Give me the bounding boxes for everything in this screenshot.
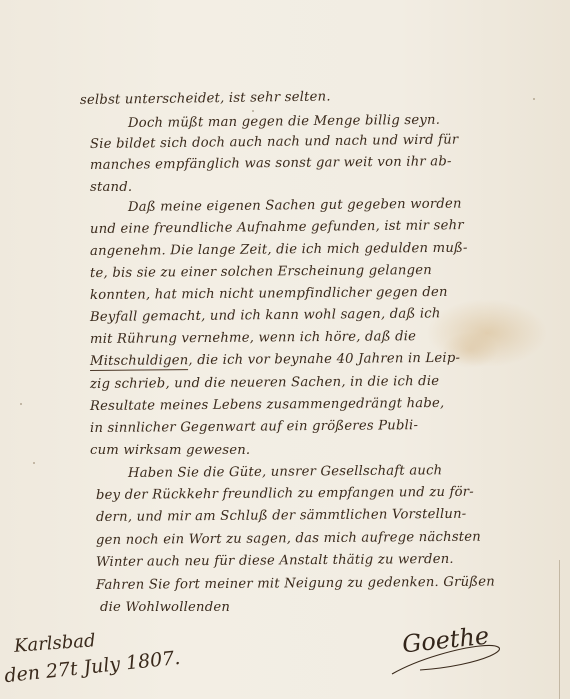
letter-line: die Wohlwollenden (100, 600, 230, 615)
letter-line: Resultate meines Lebens zusammengedrängt… (90, 396, 444, 414)
paper-speck (252, 110, 254, 112)
signature: Goethe (380, 618, 530, 678)
letter-line: Haben Sie die Güte, unsrer Gesellschaft … (128, 463, 442, 481)
letter-line: mit Rührung vernehme, wenn ich höre, daß… (90, 329, 416, 347)
letter-line: dern, und mir am Schluß der sämmtlichen … (96, 507, 467, 525)
paper-speck (533, 98, 535, 100)
paper-edge-crease (559, 560, 560, 699)
letter-line-rest: , die ich vor beynahe 40 Jahren in Leip- (188, 351, 460, 368)
letter-line: stand. (90, 180, 132, 195)
letter-line: zig schrieb, und die neueren Sachen, in … (90, 374, 439, 392)
letter-line: konnten, hat mich nicht unempfindlicher … (90, 285, 448, 303)
letter-line: te, bis sie zu einer solchen Erscheinung… (90, 263, 432, 281)
letter-line: Winter auch neu für diese Anstalt thätig… (96, 552, 454, 570)
letter-line: Mitschuldigen, die ich vor beynahe 40 Ja… (90, 351, 460, 369)
paper-speck (20, 403, 22, 405)
letter-line: cum wirksam gewesen. (90, 443, 250, 458)
letter-line: in sinnlicher Gegenwart auf ein größeres… (90, 418, 418, 436)
underlined-title: Mitschuldigen (90, 353, 189, 371)
paper-speck (33, 462, 35, 464)
